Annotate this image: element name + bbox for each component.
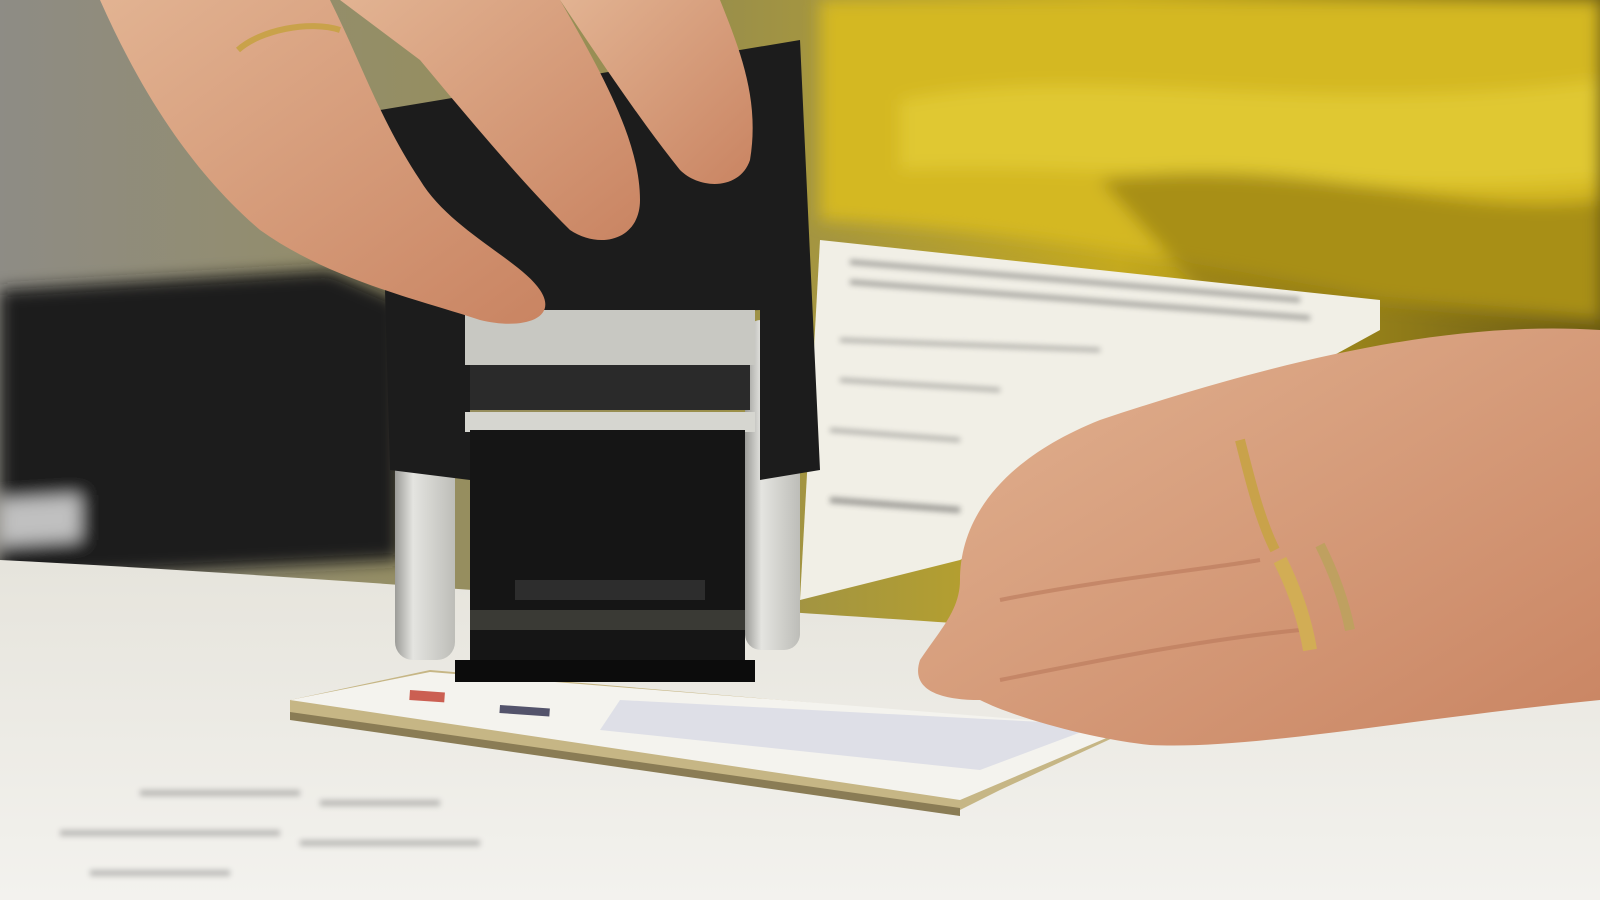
- dark-folder: [0, 270, 400, 580]
- passport-stamp-photo: [0, 0, 1600, 900]
- photo-scene: Close-up photograph of a hand pressing a…: [0, 0, 1600, 900]
